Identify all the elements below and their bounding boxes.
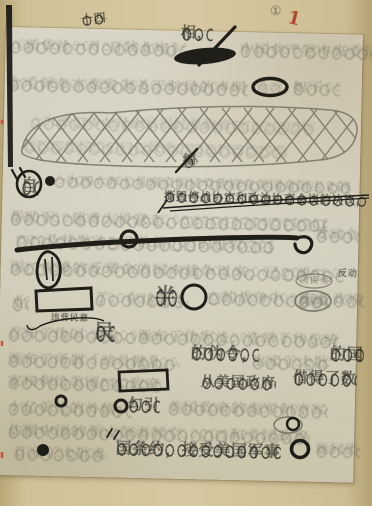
ink-insertion-date: 十四 xyxy=(80,9,108,29)
pencil-circled-fandong: 反动 xyxy=(298,292,327,311)
pencil-line-1a: 《新华社一月 日陕北电》 xyxy=(10,36,187,60)
ink-insertion-gouyin: 勾引 xyxy=(128,394,160,416)
ink-insertion-deguo: 的国 xyxy=(329,342,364,366)
ink-bold-min: 民 xyxy=(94,318,115,346)
ink-insertion-weiling: 的伪令， xyxy=(190,341,259,366)
ink-edit-mark-bian: 编 xyxy=(183,152,197,171)
ink-insertion-xiang: 相， xyxy=(181,22,213,44)
ink-insertion-tiaoyue: 国条约，接受美国军事 xyxy=(116,437,281,463)
pencil-line-1b: 中国共产党中央委员 xyxy=(240,40,372,63)
ink-bold-ban: 半 xyxy=(154,281,177,312)
pencil-line-13a: 十亿美元的外债， xyxy=(8,398,132,421)
pencil-line-9e: 政府 xyxy=(333,290,364,311)
ink-insertion-jie: 借得了数 xyxy=(293,367,357,390)
red-page-number: 1 xyxy=(285,5,303,33)
pencil-line-15b: 顾问团 xyxy=(316,441,360,461)
ink-margin-note-fandong: 反动 xyxy=(338,268,358,281)
ink-circled-zi: 自 xyxy=(20,174,39,199)
pencil-line-12: 家权利给美国□□政府 xyxy=(8,372,162,396)
circled-corner-mark: ① xyxy=(270,3,282,22)
pencil-line-9a: 业 xyxy=(12,292,29,314)
pencil-margin-note-guomindang: 国民党 xyxy=(300,275,330,288)
ink-note-weibei-minyi: 违背民意 xyxy=(51,312,89,325)
pencil-line-15a: 订立了大批卖 xyxy=(14,443,107,465)
pencil-line-13b: 美国政府的海军和空军 xyxy=(168,398,328,422)
pencil-line-2c: 如下： xyxy=(293,78,340,99)
ink-insertion-cong: 从美国政府 xyxy=(201,372,276,394)
scanned-manuscript-photo: { "document_title": "毛泽东主席关于时局的声明 新华社电讯手… xyxy=(0,0,372,506)
pencil-line-11a: 颁布了所谓「动员戡乱」 xyxy=(8,350,179,374)
pencil-deleted-quanwen: 全文 xyxy=(257,79,284,97)
pencil-line-7b: 发动全 xyxy=(316,226,360,246)
